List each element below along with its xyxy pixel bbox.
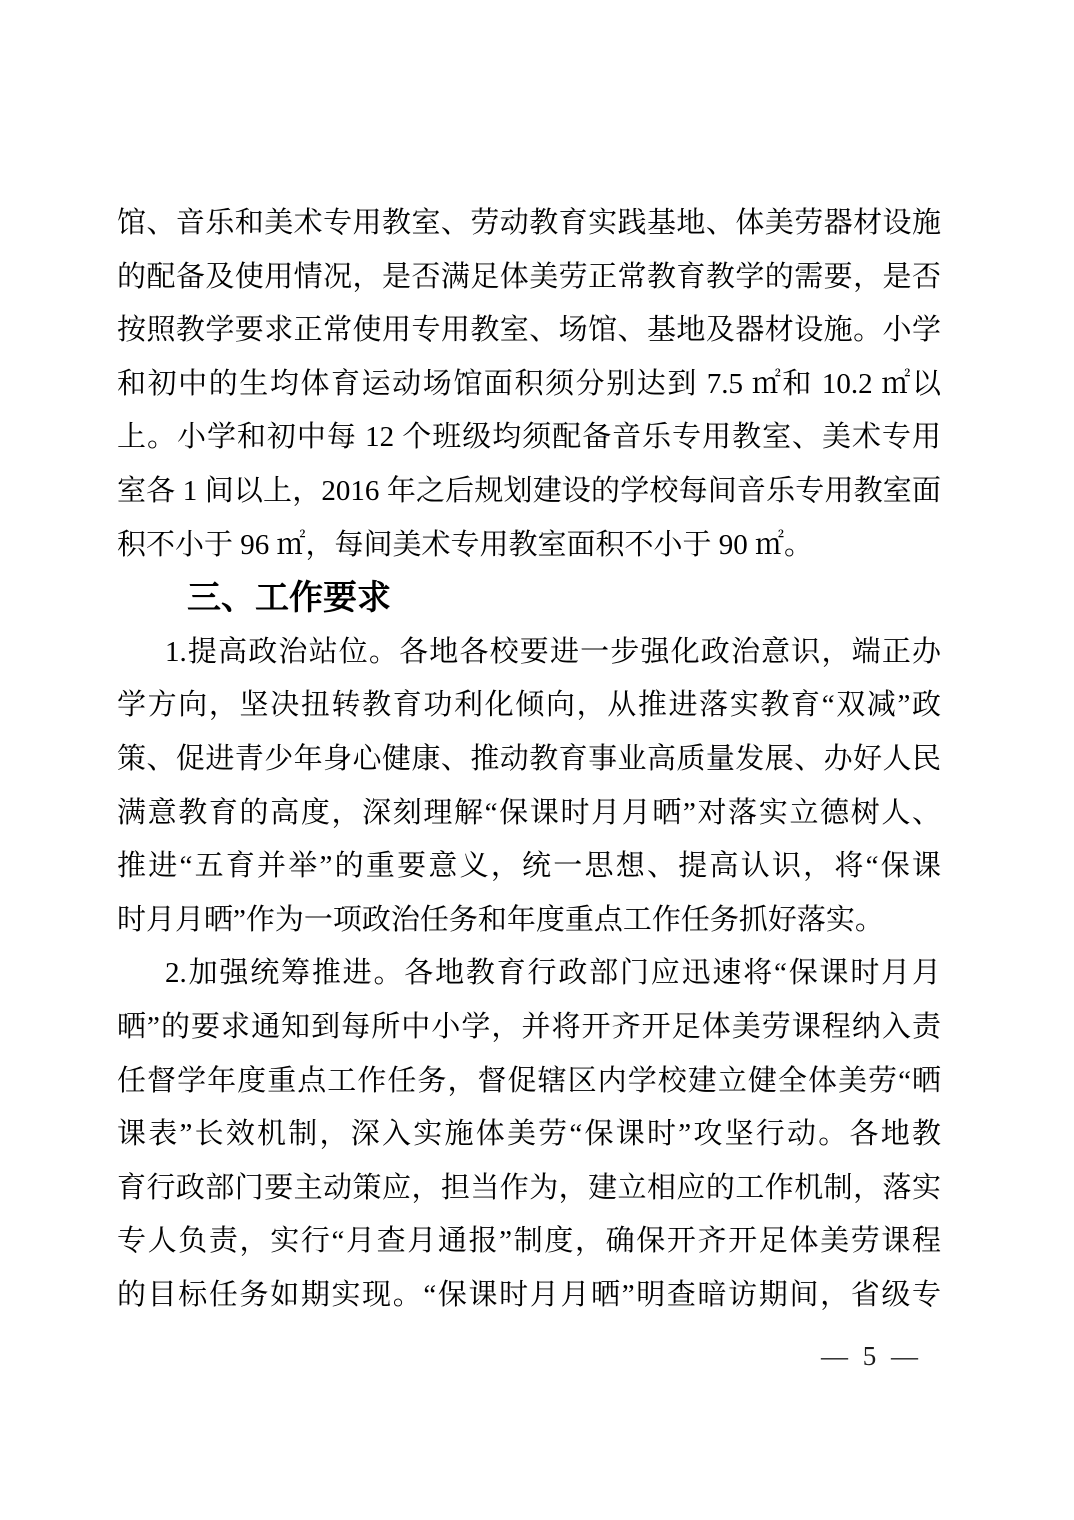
text-line: 策、促进青少年身心健康、推动教育事业高质量发展、办好人民 [117, 733, 941, 787]
document-body: 馆、音乐和美术专用教室、劳动教育实践基地、体美劳器材设施的配备及使用情况，是否满… [117, 197, 941, 1322]
text-line: 课表”长效机制，深入实施体美劳“保课时”攻坚行动。各地教 [117, 1108, 941, 1162]
text-line: 1.提高政治站位。各地各校要进一步强化政治意识，端正办 [117, 626, 941, 680]
text-line: 按照教学要求正常使用专用教室、场馆、基地及器材设施。小学 [117, 304, 941, 358]
text-line: 任督学年度重点工作任务，督促辖区内学校建立健全体美劳“晒 [117, 1055, 941, 1109]
text-line: 上。小学和初中每 12 个班级均须配备音乐专用教室、美术专用教 [117, 411, 941, 465]
text-line: 馆、音乐和美术专用教室、劳动教育实践基地、体美劳器材设施 [117, 197, 941, 251]
text-line: 的配备及使用情况，是否满足体美劳正常教育教学的需要，是否 [117, 251, 941, 305]
section-heading: 三、工作要求 [117, 572, 941, 626]
text-line: 学方向，坚决扭转教育功利化倾向，从推进落实教育“双减”政 [117, 679, 941, 733]
text-line: 晒”的要求通知到每所中小学，并将开齐开足体美劳课程纳入责 [117, 1001, 941, 1055]
text-line: 满意教育的高度，深刻理解“保课时月月晒”对落实立德树人、 [117, 787, 941, 841]
text-line: 室各 1 间以上，2016 年之后规划建设的学校每间音乐专用教室面 [117, 465, 941, 519]
text-line: 时月月晒”作为一项政治任务和年度重点工作任务抓好落实。 [117, 894, 941, 948]
text-line: 和初中的生均体育运动场馆面积须分别达到 7.5 ㎡和 10.2 ㎡以 [117, 358, 941, 412]
page-number: — 5 — [821, 1340, 922, 1372]
text-line: 推进“五育并举”的重要意义，统一思想、提高认识，将“保课 [117, 840, 941, 894]
document-page: 馆、音乐和美术专用教室、劳动教育实践基地、体美劳器材设施的配备及使用情况，是否满… [0, 0, 1074, 1520]
text-line: 2.加强统筹推进。各地教育行政部门应迅速将“保课时月月 [117, 947, 941, 1001]
text-line: 专人负责，实行“月查月通报”制度，确保开齐开足体美劳课程 [117, 1215, 941, 1269]
text-line: 积不小于 96 ㎡，每间美术专用教室面积不小于 90 ㎡。 [117, 519, 941, 573]
text-line: 育行政部门要主动策应，担当作为，建立相应的工作机制，落实 [117, 1162, 941, 1216]
text-line: 的目标任务如期实现。“保课时月月晒”明查暗访期间，省级专 [117, 1269, 941, 1323]
